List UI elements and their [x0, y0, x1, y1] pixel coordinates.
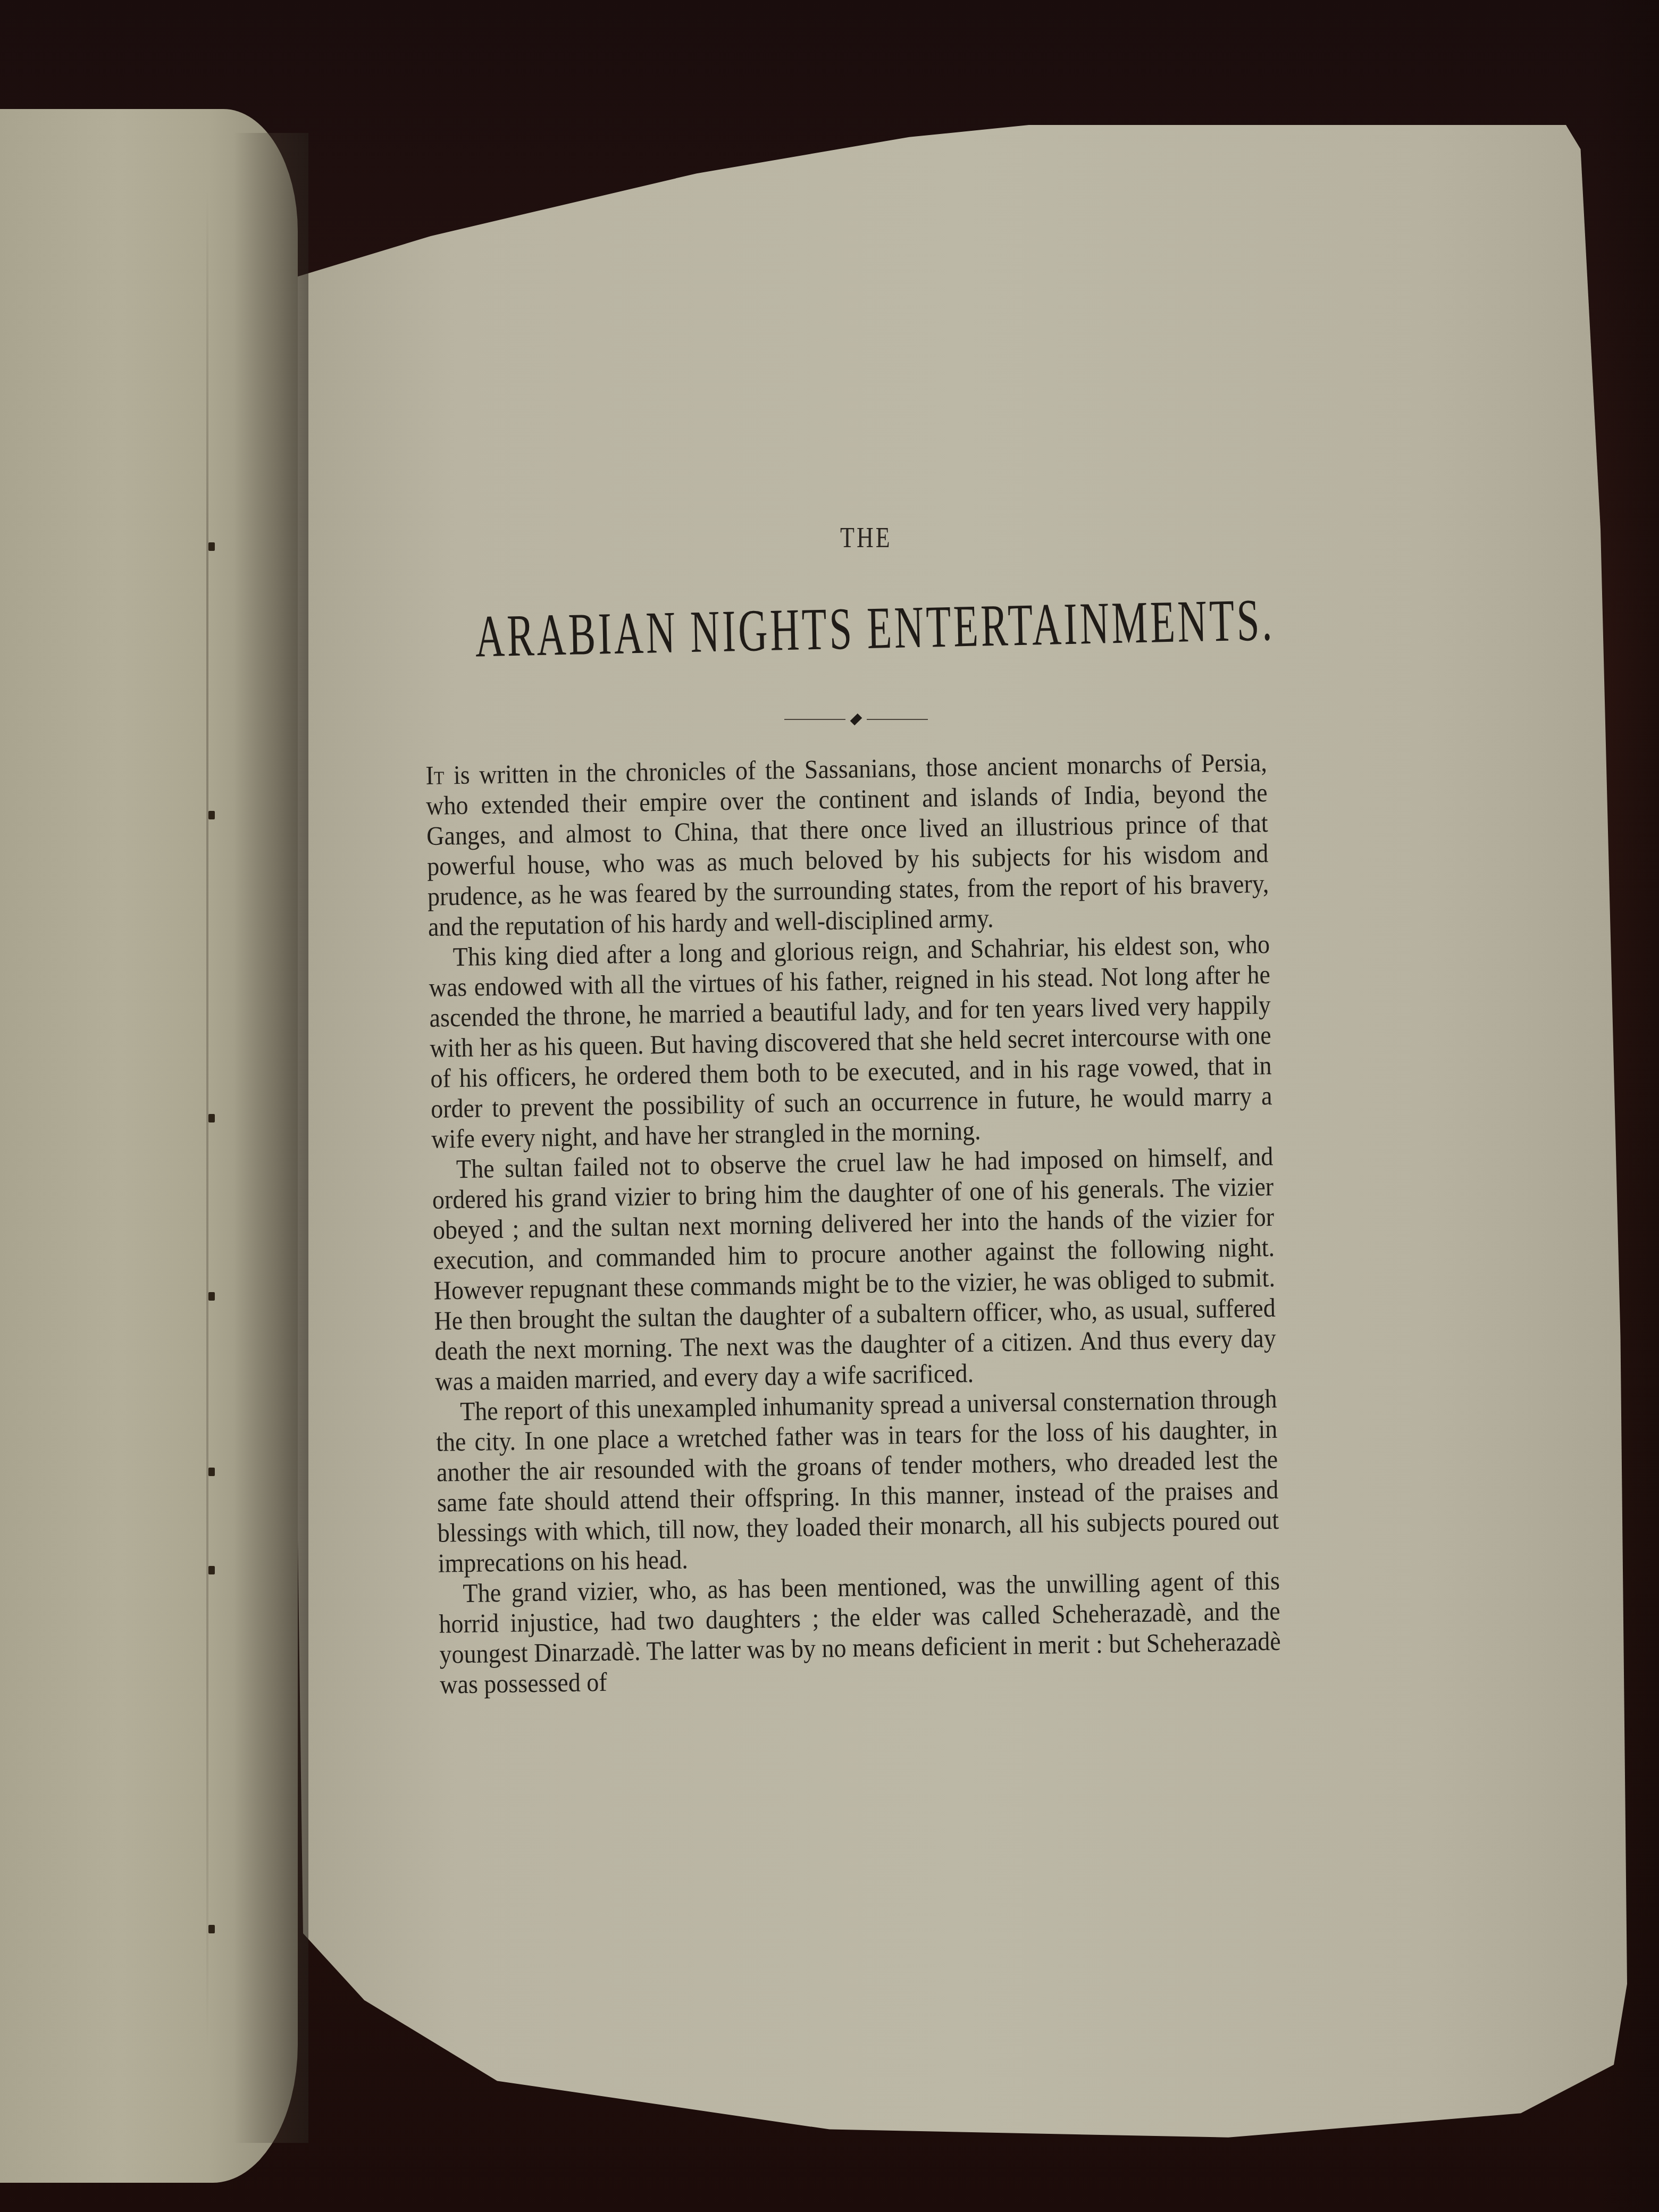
margin-mark: [208, 542, 215, 551]
half-title: THE: [840, 521, 892, 555]
ornament-rule-right: [867, 719, 928, 720]
gutter-shadow: [234, 133, 308, 2143]
paragraph: The sultan failed not to observe the cru…: [432, 1141, 1277, 1397]
margin-mark: [208, 1114, 215, 1122]
paragraph: The grand vizier, who, as has been menti…: [438, 1565, 1281, 1700]
body-text: It is written in the chronicles of the S…: [425, 747, 1281, 1700]
margin-mark: [208, 1292, 215, 1301]
diamond-ornament-icon: [850, 714, 862, 726]
margin-mark: [208, 1925, 215, 1933]
paragraph-text: is written in the chronicles of the Sass…: [426, 747, 1269, 942]
margin-mark: [208, 1468, 215, 1476]
ornament-rule-left: [784, 719, 845, 720]
paragraph: It is written in the chronicles of the S…: [425, 747, 1270, 942]
paragraph: The report of this unexampled inhumanity…: [435, 1384, 1280, 1579]
ornament-divider: [784, 711, 928, 727]
drop-lead-word: It: [425, 760, 445, 790]
margin-mark: [208, 811, 215, 819]
paragraph: This king died after a long and glorious…: [428, 929, 1272, 1154]
margin-mark: [208, 1566, 215, 1574]
